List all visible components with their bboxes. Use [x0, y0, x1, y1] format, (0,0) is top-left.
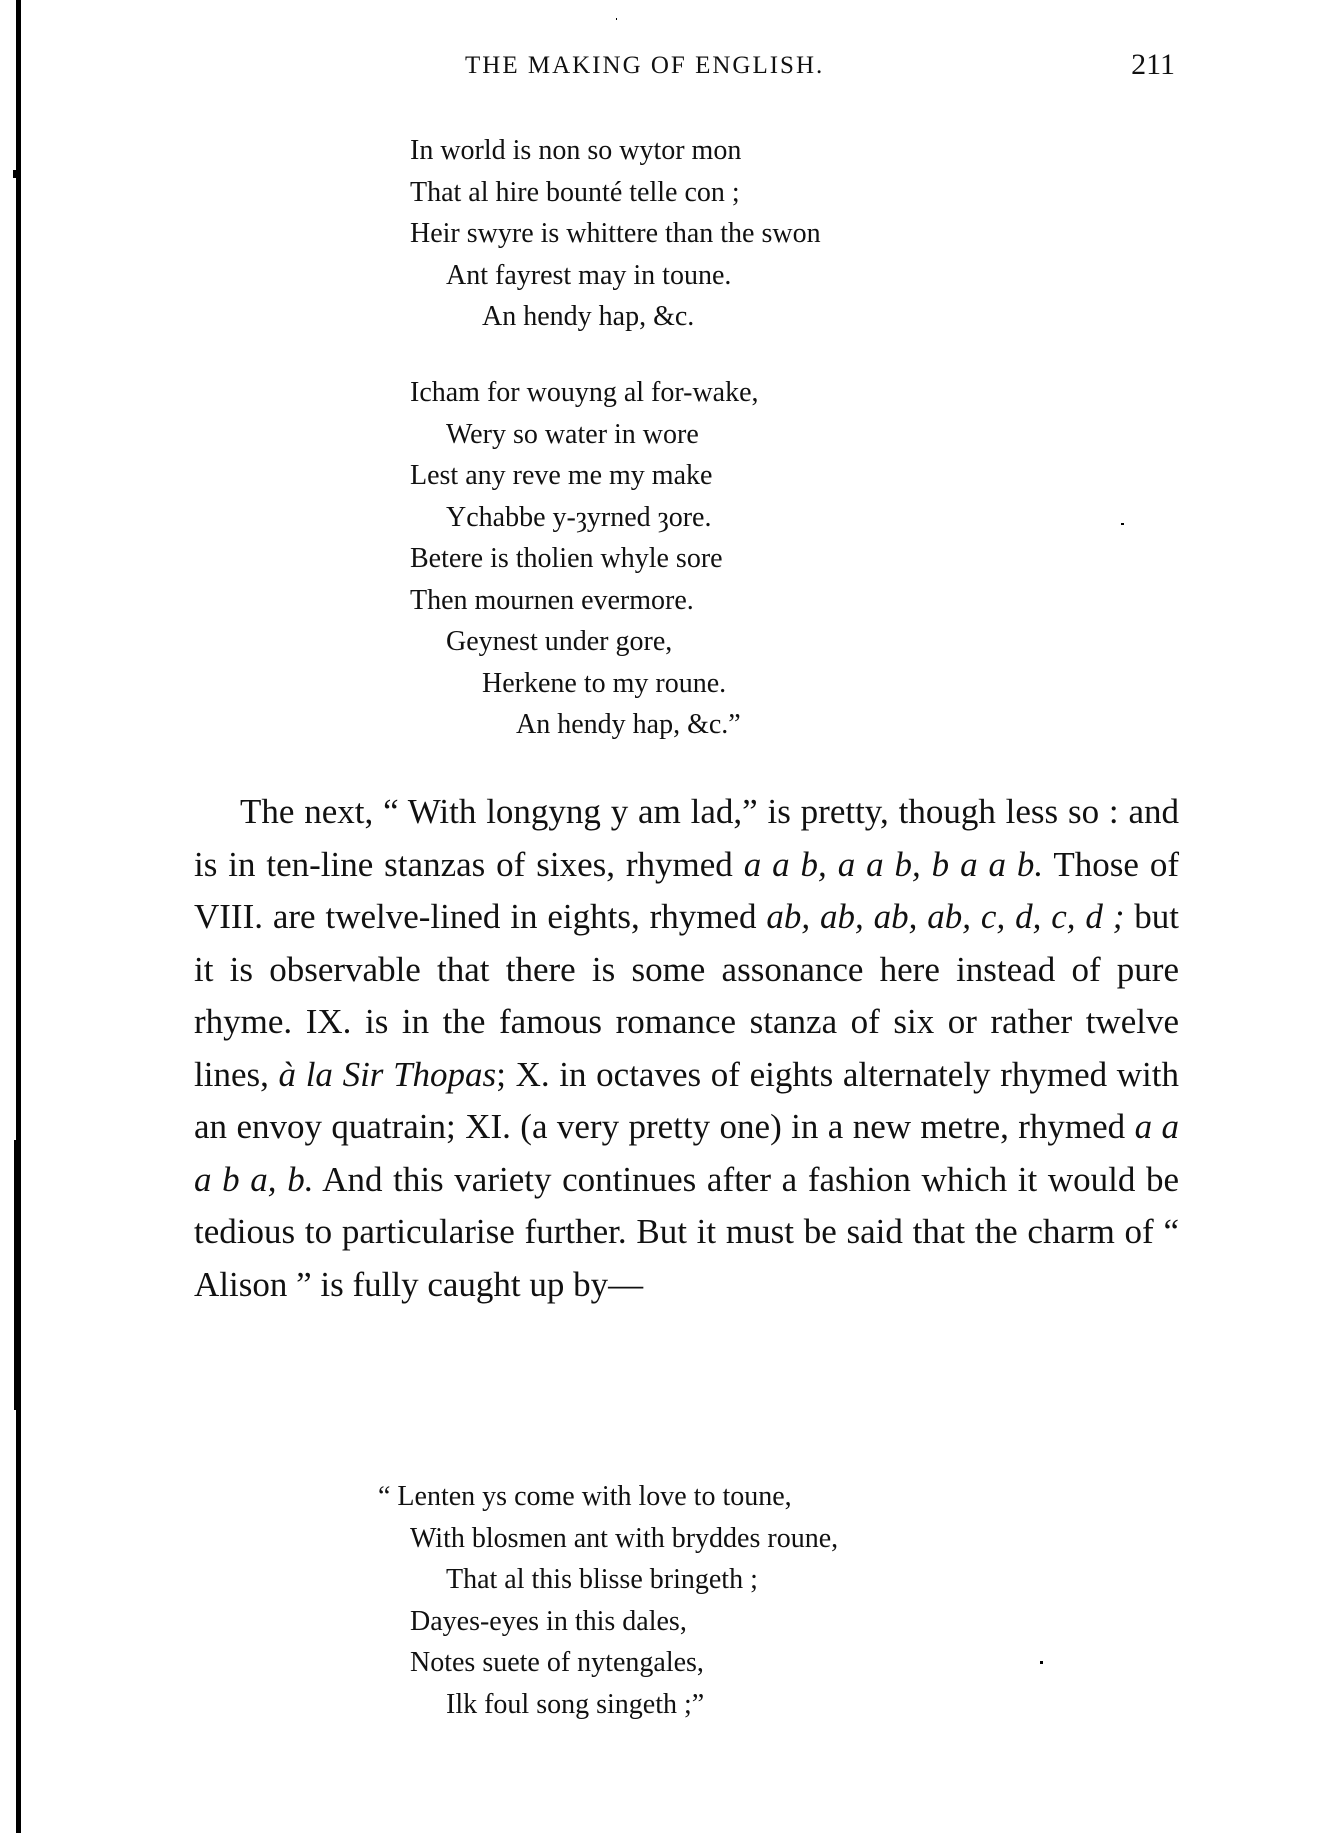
- rhyme-scheme-italic: ab, ab, ab, ab, c, d, c, d ;: [766, 897, 1124, 936]
- verse-line: Icham for wouyng al for-wake,: [410, 372, 759, 414]
- verse-line: That al this blisse bringeth ;: [378, 1559, 838, 1601]
- verse-line: Dayes-eyes in this dales,: [378, 1601, 838, 1643]
- rhyme-scheme-italic: a a b, a a b, b a a b.: [744, 845, 1043, 884]
- verse-line: That al hire bounté telle con ;: [410, 172, 821, 214]
- verse-line: Then mournen evermore.: [410, 580, 759, 622]
- scan-speck: [1040, 1661, 1043, 1664]
- verse-line: Notes suete of nytengales,: [378, 1642, 838, 1684]
- verse-line: Betere is tholien whyle sore: [410, 538, 759, 580]
- verse-line: Heir swyre is whittere than the swon: [410, 213, 821, 255]
- verse-line: Lest any reve me my make: [410, 455, 759, 497]
- verse-line: “ Lenten ys come with love to toune,: [378, 1476, 838, 1518]
- verse-refrain: An hendy hap, &c.”: [410, 704, 759, 746]
- paragraph: The next, “ With longyng y am lad,” is p…: [194, 786, 1179, 1311]
- verse-line: Herkene to my roune.: [410, 663, 759, 705]
- page-number: 211: [1131, 48, 1175, 82]
- scan-speck: [1121, 523, 1124, 525]
- verse-line: In world is non so wytor mon: [410, 130, 821, 172]
- book-binding-edge: [16, 0, 21, 1833]
- prose-paragraph: The next, “ With longyng y am lad,” is p…: [194, 786, 1179, 1311]
- verse-line: With blosmen ant with bryddes roune,: [378, 1518, 838, 1560]
- verse-refrain: An hendy hap, &c.: [410, 296, 821, 338]
- verse-stanza-2: Icham for wouyng al for-wake, Wery so wa…: [410, 372, 759, 746]
- verse-stanza-3: “ Lenten ys come with love to toune, Wit…: [378, 1476, 838, 1725]
- scan-speck: [616, 18, 617, 20]
- verse-line: Wery so water in wore: [410, 414, 759, 456]
- verse-line: Ant fayrest may in toune.: [410, 255, 821, 297]
- verse-line: Ychabbe y-ȝyrned ȝore.: [410, 497, 759, 539]
- verse-line: Ilk foul song singeth ;”: [378, 1684, 838, 1726]
- prose-text: And this variety continues after a fashi…: [194, 1160, 1179, 1304]
- verse-line: Geynest under gore,: [410, 621, 759, 663]
- running-head: THE MAKING OF ENGLISH.: [465, 52, 824, 80]
- title-italic: à la Sir Thopas: [279, 1055, 497, 1094]
- verse-stanza-1: In world is non so wytor mon That al hir…: [410, 130, 821, 338]
